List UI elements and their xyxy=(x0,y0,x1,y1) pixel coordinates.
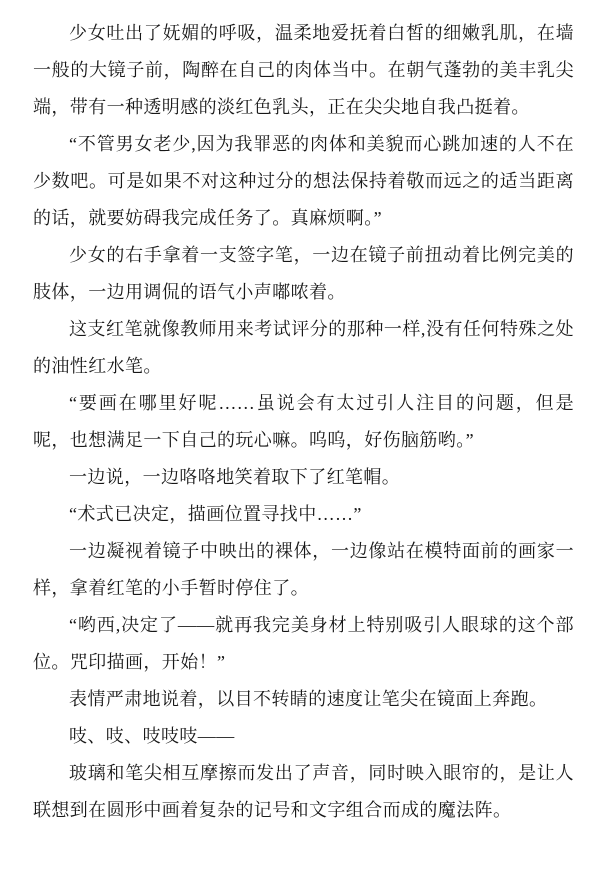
novel-page: 少女吐出了妩媚的呼吸，温柔地爱抚着白皙的细嫩乳肌，在墙一般的大镜子前，陶醉在自己… xyxy=(0,0,604,877)
text-body: 少女吐出了妩媚的呼吸，温柔地爱抚着白皙的细嫩乳肌，在墙一般的大镜子前，陶醉在自己… xyxy=(33,15,574,829)
paragraph: 少女的右手拿着一支签字笔，一边在镜子前扭动着比例完美的肢体，一边用调侃的语气小声… xyxy=(33,237,574,311)
paragraph: “术式已决定，描画位置寻找中……” xyxy=(33,496,574,533)
paragraph: “要画在哪里好呢……虽说会有太过引人注目的问题，但是呢，也想满足一下自己的玩心嘛… xyxy=(33,385,574,459)
paragraph: “不管男女老少,因为我罪恶的肉体和美貌而心跳加速的人不在少数吧。可是如果不对这种… xyxy=(33,126,574,237)
paragraph: “哟西,决定了——就再我完美身材上特别吸引人眼球的这个部位。咒印描画，开始！” xyxy=(33,607,574,681)
paragraph: 表情严肃地说着，以目不转睛的速度让笔尖在镜面上奔跑。 xyxy=(33,681,574,718)
paragraph: 一边凝视着镜子中映出的裸体，一边像站在模特面前的画家一样，拿着红笔的小手暂时停住… xyxy=(33,533,574,607)
paragraph: 这支红笔就像教师用来考试评分的那种一样,没有任何特殊之处的油性红水笔。 xyxy=(33,311,574,385)
paragraph: 一边说，一边咯咯地笑着取下了红笔帽。 xyxy=(33,459,574,496)
paragraph: 少女吐出了妩媚的呼吸，温柔地爱抚着白皙的细嫩乳肌，在墙一般的大镜子前，陶醉在自己… xyxy=(33,15,574,126)
paragraph: 吱、吱、吱吱吱—— xyxy=(33,718,574,755)
paragraph: 玻璃和笔尖相互摩擦而发出了声音，同时映入眼帘的，是让人联想到在圆形中画着复杂的记… xyxy=(33,755,574,829)
